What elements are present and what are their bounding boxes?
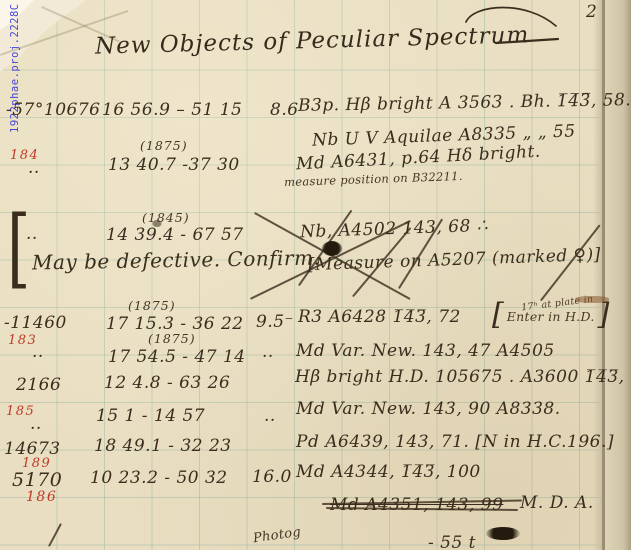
ra-dec-coordinates: 14 39.4 - 67 57 bbox=[106, 225, 244, 245]
flourish-mark bbox=[438, 2, 568, 56]
ra-dec-coordinates: 18 49.1 - 32 23 bbox=[94, 436, 232, 456]
ra-dec-coordinates: 10 23.2 - 50 32 bbox=[90, 468, 228, 488]
bracket-open: [ bbox=[492, 297, 504, 332]
ra-dec-coordinates: 16 56.9 – 51 15 bbox=[102, 100, 242, 120]
magnitude: 8.6 bbox=[270, 100, 299, 120]
ditto-mark: .. bbox=[32, 342, 44, 362]
sidenote-bottom: Enter in H.D. bbox=[507, 309, 595, 324]
ra-dec-coordinates: 12 4.8 - 63 26 bbox=[104, 373, 230, 393]
fragment-photog: Photog bbox=[252, 525, 302, 547]
page-number: 2 bbox=[586, 2, 597, 22]
ink-blot bbox=[322, 241, 342, 256]
margin-bracket: [ bbox=[7, 208, 30, 288]
magnitude: 9.5⁻ bbox=[256, 312, 294, 332]
spectral-note: Md A4344, 1̅4̅3̅, 100 bbox=[296, 462, 481, 482]
red-index-number: 186 bbox=[26, 489, 57, 505]
spectral-note-struck: Md A4351, 143, 99 bbox=[330, 495, 503, 515]
ditto-mark: .. bbox=[28, 158, 40, 178]
spectral-note: B3p. Hβ bright A 3563 . Bh. 1̅4̅3̅, 58. bbox=[298, 90, 631, 116]
epoch-label: (1875) bbox=[148, 331, 196, 346]
ra-dec-coordinates: 15 1 - 14 57 bbox=[96, 406, 205, 426]
epoch-label: (1845) bbox=[142, 210, 190, 225]
catalog-number: -57°10676 bbox=[6, 100, 100, 120]
smudge bbox=[575, 296, 609, 303]
signature: M. D. A. bbox=[520, 493, 594, 513]
catalog-number: -11460 bbox=[4, 313, 67, 333]
catalog-number: 2166 bbox=[16, 375, 61, 395]
spectral-note: Md Var. New. 143, 47 A4505 bbox=[296, 341, 555, 361]
ra-dec-coordinates: 17 54.5 - 47 14 bbox=[108, 347, 246, 367]
ditto-magnitude: .. bbox=[264, 406, 276, 426]
epoch-label: (1875) bbox=[128, 298, 176, 313]
remark: May be defective. Confirm. bbox=[32, 245, 321, 274]
fragment-cutoff: - 55 t bbox=[428, 533, 476, 550]
scanned-notebook-page: 1922phae.proj.2228C 2 New Objects of Pec… bbox=[0, 0, 631, 550]
spectral-note: Pd A6439, 143, 71. [N in H.C.196.] bbox=[296, 432, 614, 452]
ditto-mark: .. bbox=[26, 224, 38, 244]
smudge bbox=[152, 220, 162, 227]
ra-dec-coordinates: 13 40.7 -37 30 bbox=[108, 155, 240, 175]
epoch-label: (1875) bbox=[140, 138, 188, 153]
catalog-number: 5170 bbox=[12, 469, 62, 491]
ink-blot bbox=[486, 527, 520, 540]
pen-slash bbox=[48, 523, 62, 547]
next-page-edge bbox=[605, 0, 631, 550]
magnitude: 16.0 bbox=[252, 467, 292, 487]
spectral-note: Md Var. New. 143, 90 A8338. bbox=[296, 399, 561, 419]
spectral-note: R3 A6428 1̅4̅3̅, 72 bbox=[298, 307, 461, 327]
margin-annotation: [17ʰ at plate inEnter in H.D.] bbox=[492, 298, 609, 332]
ditto-magnitude: .. bbox=[262, 342, 274, 362]
spectral-note: Hβ bright H.D. 105675 . A3600 1̅4̅3̅, 77 bbox=[295, 367, 631, 387]
ditto-mark: .. bbox=[30, 414, 42, 434]
